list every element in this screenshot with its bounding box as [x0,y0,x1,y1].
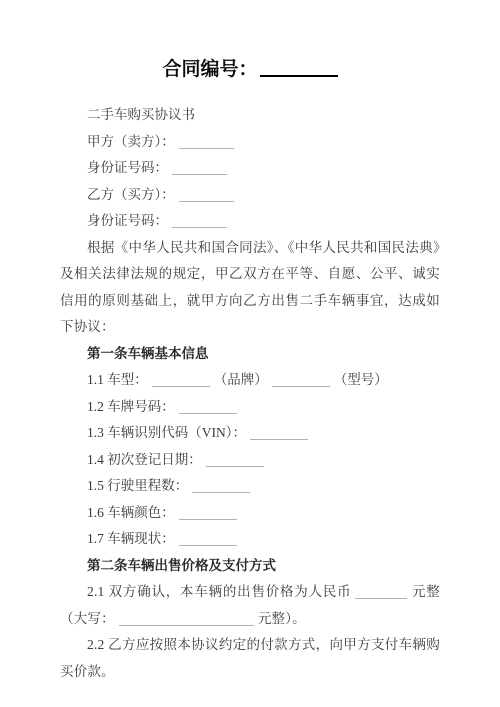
party-b-label: 乙方（买方）： [87,187,175,202]
price-paragraph: 2.1 双方确认，本车辆的出售价格为人民币元整（大写：元整）。 [60,579,440,632]
first-registration-date-label: 1.4 初次登记日期： [87,452,202,467]
party-b-id-label: 身份证号码： [87,213,168,228]
vin-blank [250,439,308,440]
price-text-pre: 2.1 双方确认，本车辆的出售价格为人民币 [87,584,351,599]
doc-title-line: 二手车购买协议书 [60,102,440,129]
vehicle-color-line: 1.6 车辆颜色： [60,500,440,527]
price-amount-blank [355,598,407,599]
party-a-id-blank [172,174,227,175]
intro-paragraph: 根据《中华人民共和国合同法》、《中华人民共和国民法典》及相关法律法规的规定，甲乙… [60,235,440,341]
contract-number-blank [260,75,338,77]
first-registration-date-line: 1.4 初次登记日期： [60,447,440,474]
vin-label: 1.3 车辆识别代码（VIN）： [87,425,246,440]
vehicle-type-blank [272,386,330,387]
doc-title: 二手车购买协议书 [87,107,195,122]
plate-number-blank [179,413,237,414]
vehicle-condition-label: 1.7 车辆现状： [87,531,175,546]
price-text-post: 元整）。 [258,611,306,626]
vehicle-color-label: 1.6 车辆颜色： [87,505,175,520]
plate-number-line: 1.2 车牌号码： [60,394,440,421]
contract-number-label: 合同编号： [162,59,257,80]
party-a-id-label: 身份证号码： [87,160,168,175]
vehicle-brand-label: （品牌） [214,372,268,387]
party-b-id-line: 身份证号码： [60,208,440,235]
plate-number-label: 1.2 车牌号码： [87,399,175,414]
contract-document: 合同编号： 二手车购买协议书 甲方（卖方）： 身份证号码： 乙方（买方）： 身份… [0,0,500,707]
party-b-blank [179,201,234,202]
mileage-line: 1.5 行驶里程数： [60,473,440,500]
section2-heading: 第二条车辆出售价格及支付方式 [60,553,440,580]
vehicle-model-line: 1.1 车型：（品牌）（型号） [60,367,440,394]
contract-number-line: 合同编号： [60,56,440,84]
party-a-id-line: 身份证号码： [60,155,440,182]
payment-paragraph: 2.2 乙方应按照本协议约定的付款方式，向甲方支付车辆购买价款。 [60,632,440,685]
party-a-label: 甲方（卖方）： [87,134,175,149]
vehicle-brand-blank [152,386,210,387]
vehicle-condition-blank [179,545,237,546]
first-registration-date-blank [206,466,264,467]
party-b-line: 乙方（买方）： [60,182,440,209]
party-b-id-blank [172,227,227,228]
vehicle-type-label: （型号） [334,372,388,387]
vehicle-color-blank [179,519,237,520]
mileage-blank [192,492,250,493]
document-content: 合同编号： 二手车购买协议书 甲方（卖方）： 身份证号码： 乙方（买方）： 身份… [0,0,500,685]
vehicle-model-label: 1.1 车型： [87,372,148,387]
mileage-label: 1.5 行驶里程数： [87,478,188,493]
party-a-line: 甲方（卖方）： [60,129,440,156]
party-a-blank [179,148,234,149]
vehicle-condition-line: 1.7 车辆现状： [60,526,440,553]
vin-line: 1.3 车辆识别代码（VIN）： [60,420,440,447]
section1-heading: 第一条车辆基本信息 [60,341,440,368]
price-words-blank [119,625,254,626]
